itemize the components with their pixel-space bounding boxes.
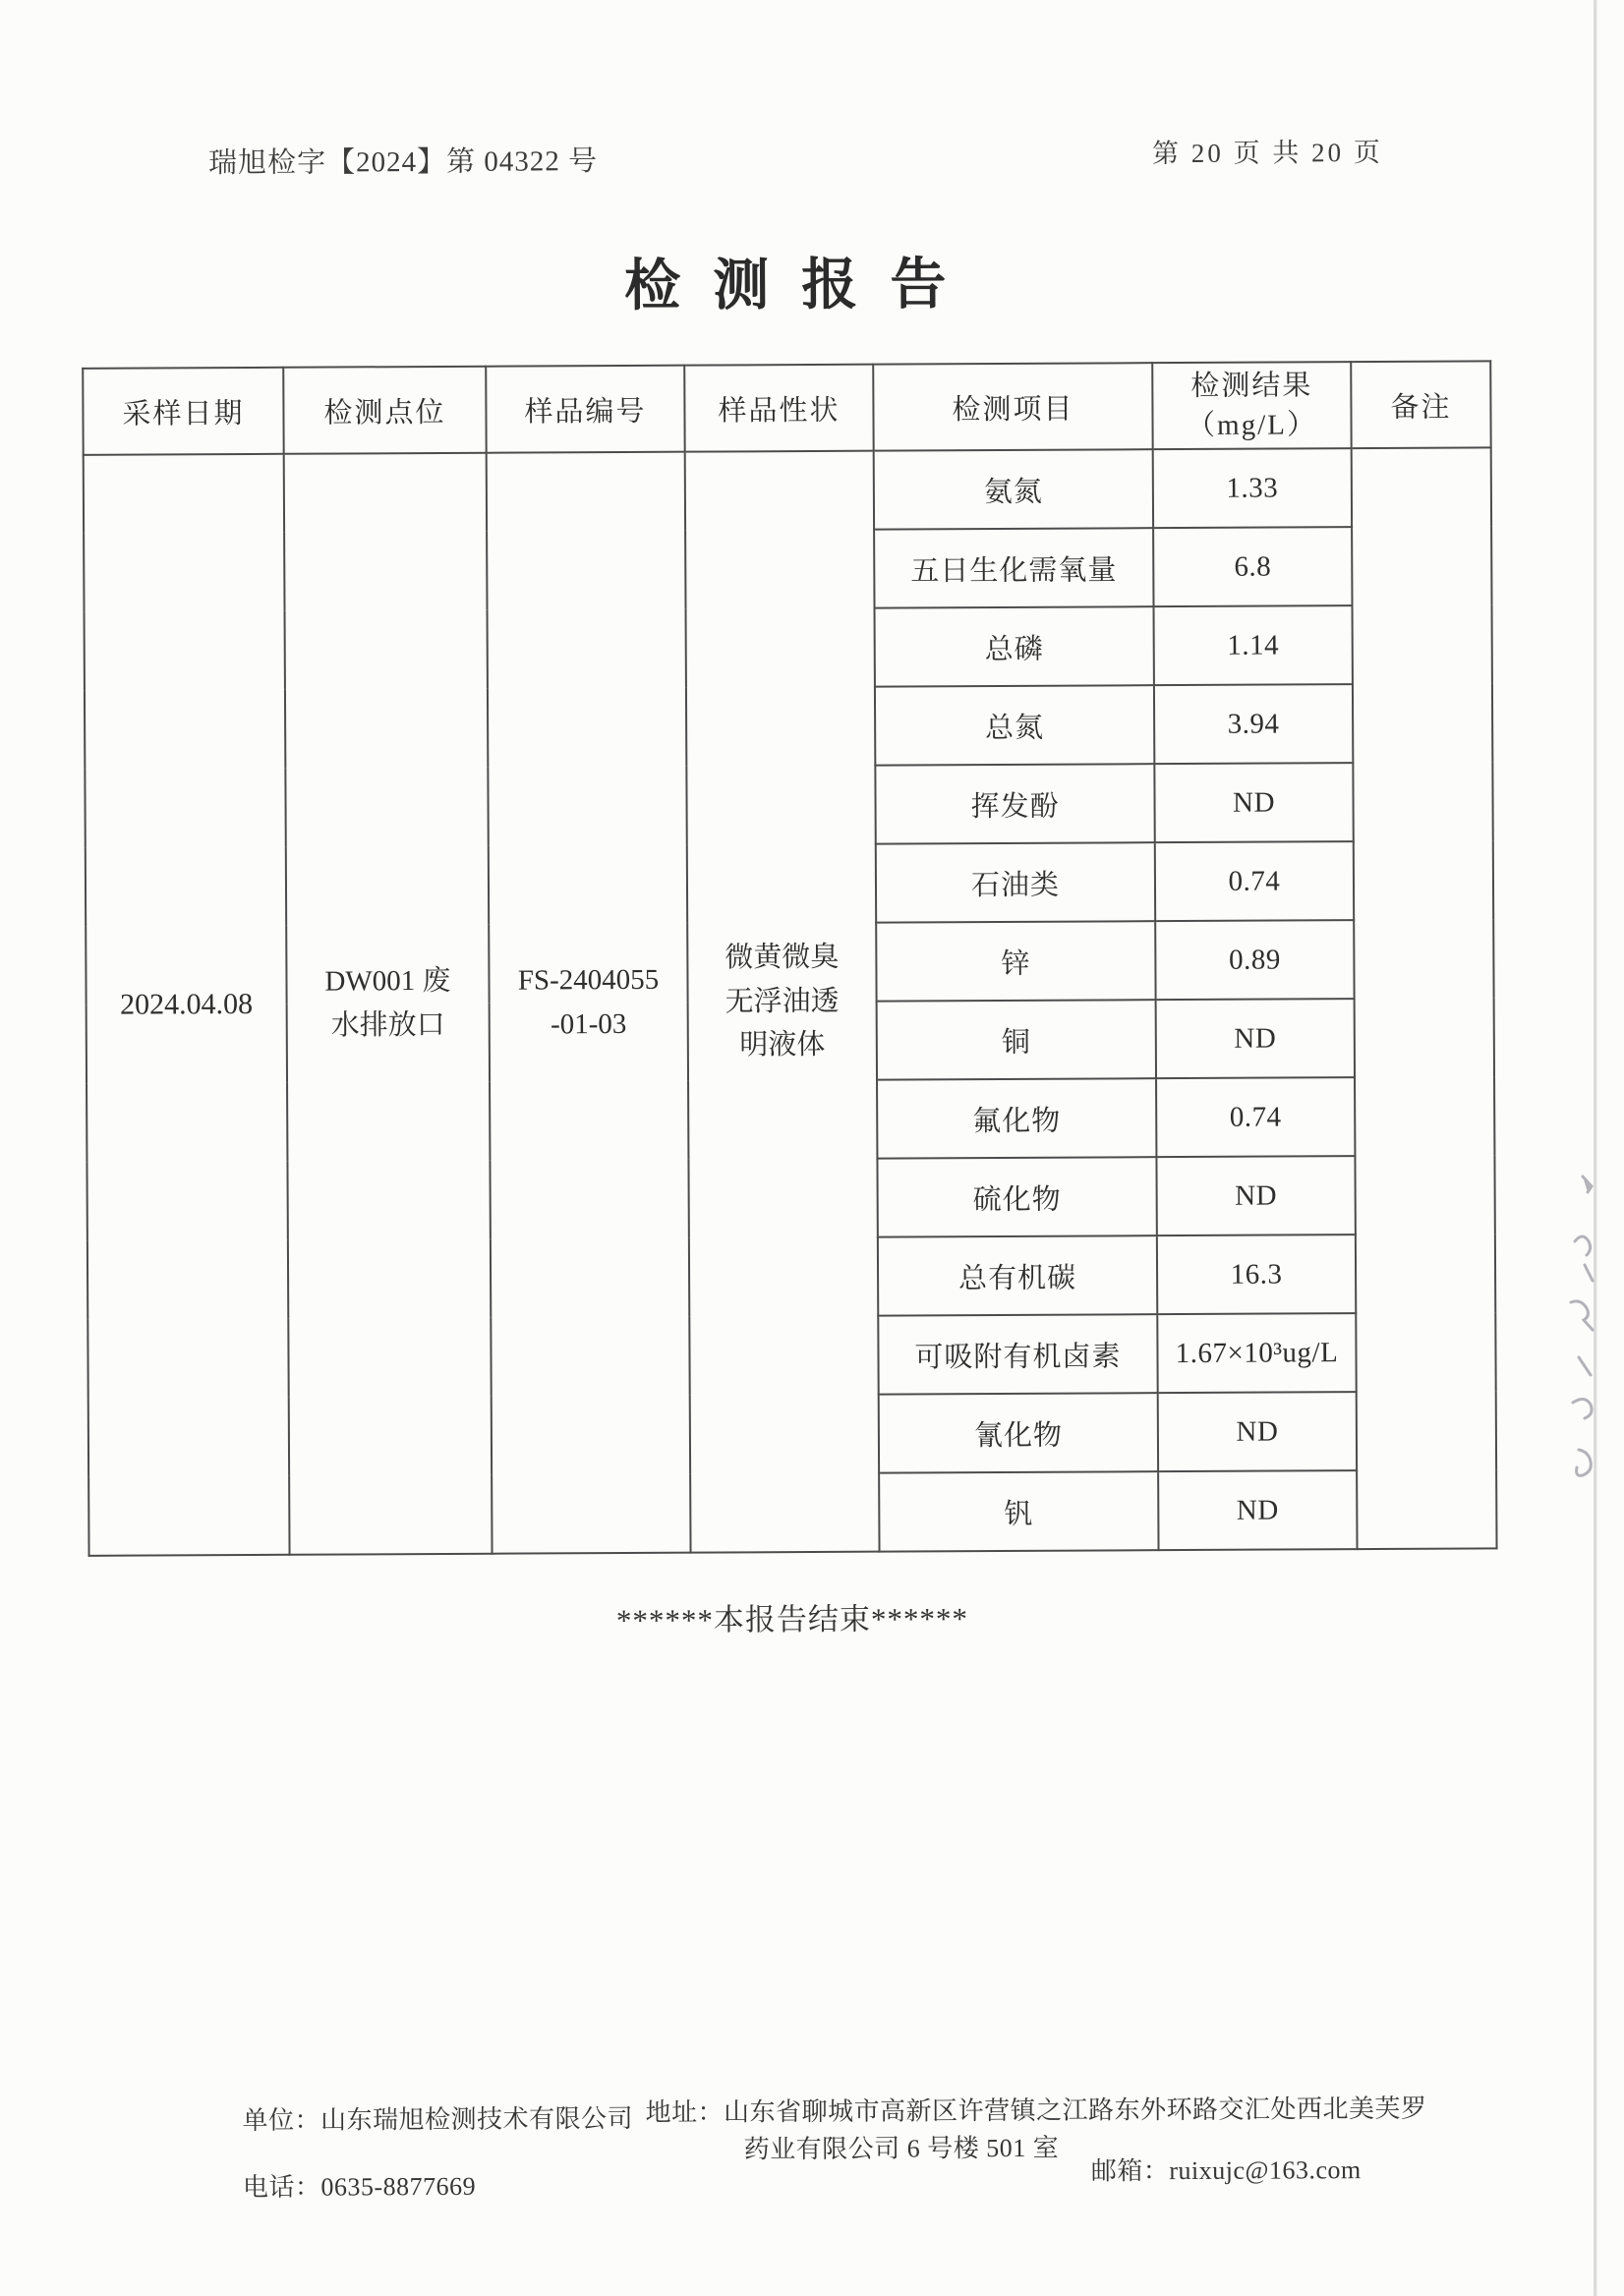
page-content: 瑞旭检字【2024】第 04322 号 第 20 页 共 20 页 检测报告 采… [0, 0, 1624, 2296]
footer-address-line2: 药业有限公司 6 号楼 501 室 [744, 2128, 1060, 2166]
item-name-cell: 铜 [877, 1000, 1156, 1079]
results-tbody: 2024.04.08DW001 废 水排放口FS-2404055 -01-03微… [84, 447, 1497, 1555]
item-name-cell: 挥发酚 [875, 764, 1154, 843]
item-result-cell: 16.3 [1157, 1234, 1356, 1314]
item-result-cell: ND [1158, 1470, 1357, 1550]
item-name-cell: 钒 [879, 1471, 1158, 1551]
report-page: 瑞旭检字【2024】第 04322 号 第 20 页 共 20 页 检测报告 采… [0, 0, 1624, 2296]
sample-date-cell: 2024.04.08 [84, 454, 290, 1556]
col-header-sample-date: 采样日期 [83, 368, 283, 455]
col-header-appearance: 样品性状 [684, 365, 873, 452]
item-result-cell: ND [1156, 999, 1355, 1078]
col-header-item: 检测项目 [873, 363, 1152, 450]
item-name-cell: 可吸附有机卤素 [878, 1314, 1157, 1394]
footer-email: 邮箱：ruixujc@163.com [1091, 2150, 1362, 2187]
item-result-cell: 6.8 [1153, 527, 1352, 606]
item-name-cell: 硫化物 [877, 1157, 1156, 1236]
col-header-result-line1: 检测结果 [1153, 366, 1350, 406]
col-header-result: 检测结果 （mg/L） [1152, 362, 1351, 449]
page-indicator: 第 20 页 共 20 页 [1152, 131, 1383, 170]
item-result-cell: 1.67×10³ug/L [1157, 1313, 1356, 1393]
item-name-cell: 氟化物 [877, 1078, 1156, 1158]
results-table: 采样日期 检测点位 样品编号 样品性状 检测项目 检测结果 （mg/L） 备注 … [82, 360, 1497, 1556]
col-header-sample-no: 样品编号 [486, 366, 684, 453]
result-row: 2024.04.08DW001 废 水排放口FS-2404055 -01-03微… [84, 447, 1491, 533]
item-name-cell: 五日生化需氧量 [874, 528, 1153, 607]
item-result-cell: 3.94 [1154, 684, 1353, 764]
item-result-cell: 1.33 [1153, 448, 1352, 528]
sample-location-cell: DW001 废 水排放口 [284, 453, 493, 1555]
item-result-cell: 0.89 [1155, 920, 1354, 1000]
report-title: 检测报告 [82, 236, 1489, 323]
handwriting-scan-artifact [1555, 1155, 1600, 1509]
sample-appearance-cell: 微黄微臭 无浮油透 明液体 [685, 451, 880, 1553]
footer-phone: 电话：0635-8877669 [243, 2166, 476, 2204]
item-result-cell: 1.14 [1154, 605, 1353, 685]
col-header-location: 检测点位 [283, 367, 486, 454]
col-header-remark: 备注 [1351, 361, 1490, 448]
item-name-cell: 锌 [876, 921, 1155, 1001]
item-name-cell: 总磷 [875, 606, 1154, 686]
item-result-cell: 0.74 [1155, 841, 1354, 921]
scan-edge-line [1594, 0, 1596, 2296]
footer-address-line1: 地址：山东省聊城市高新区许营镇之江路东外环路交汇处西北美芙罗 [645, 2089, 1426, 2129]
item-result-cell: ND [1154, 763, 1353, 842]
item-name-cell: 总氮 [875, 685, 1154, 765]
footer-company: 单位：山东瑞旭检测技术有限公司 [242, 2098, 633, 2137]
col-header-result-line2: （mg/L） [1153, 405, 1350, 445]
item-name-cell: 氨氮 [874, 449, 1153, 529]
end-of-report-note: ******本报告结束****** [88, 1590, 1496, 1641]
item-result-cell: ND [1158, 1392, 1357, 1471]
doc-number: 瑞旭检字【2024】第 04322 号 [208, 139, 598, 181]
item-name-cell: 石油类 [876, 842, 1155, 922]
item-result-cell: ND [1156, 1156, 1355, 1235]
item-result-cell: 0.74 [1156, 1077, 1355, 1157]
item-name-cell: 总有机碳 [878, 1235, 1157, 1315]
item-name-cell: 氰化物 [879, 1393, 1158, 1472]
table-header-row: 采样日期 检测点位 样品编号 样品性状 检测项目 检测结果 （mg/L） 备注 [83, 361, 1490, 454]
remark-cell [1352, 447, 1497, 1549]
sample-number-cell: FS-2404055 -01-03 [487, 452, 691, 1554]
